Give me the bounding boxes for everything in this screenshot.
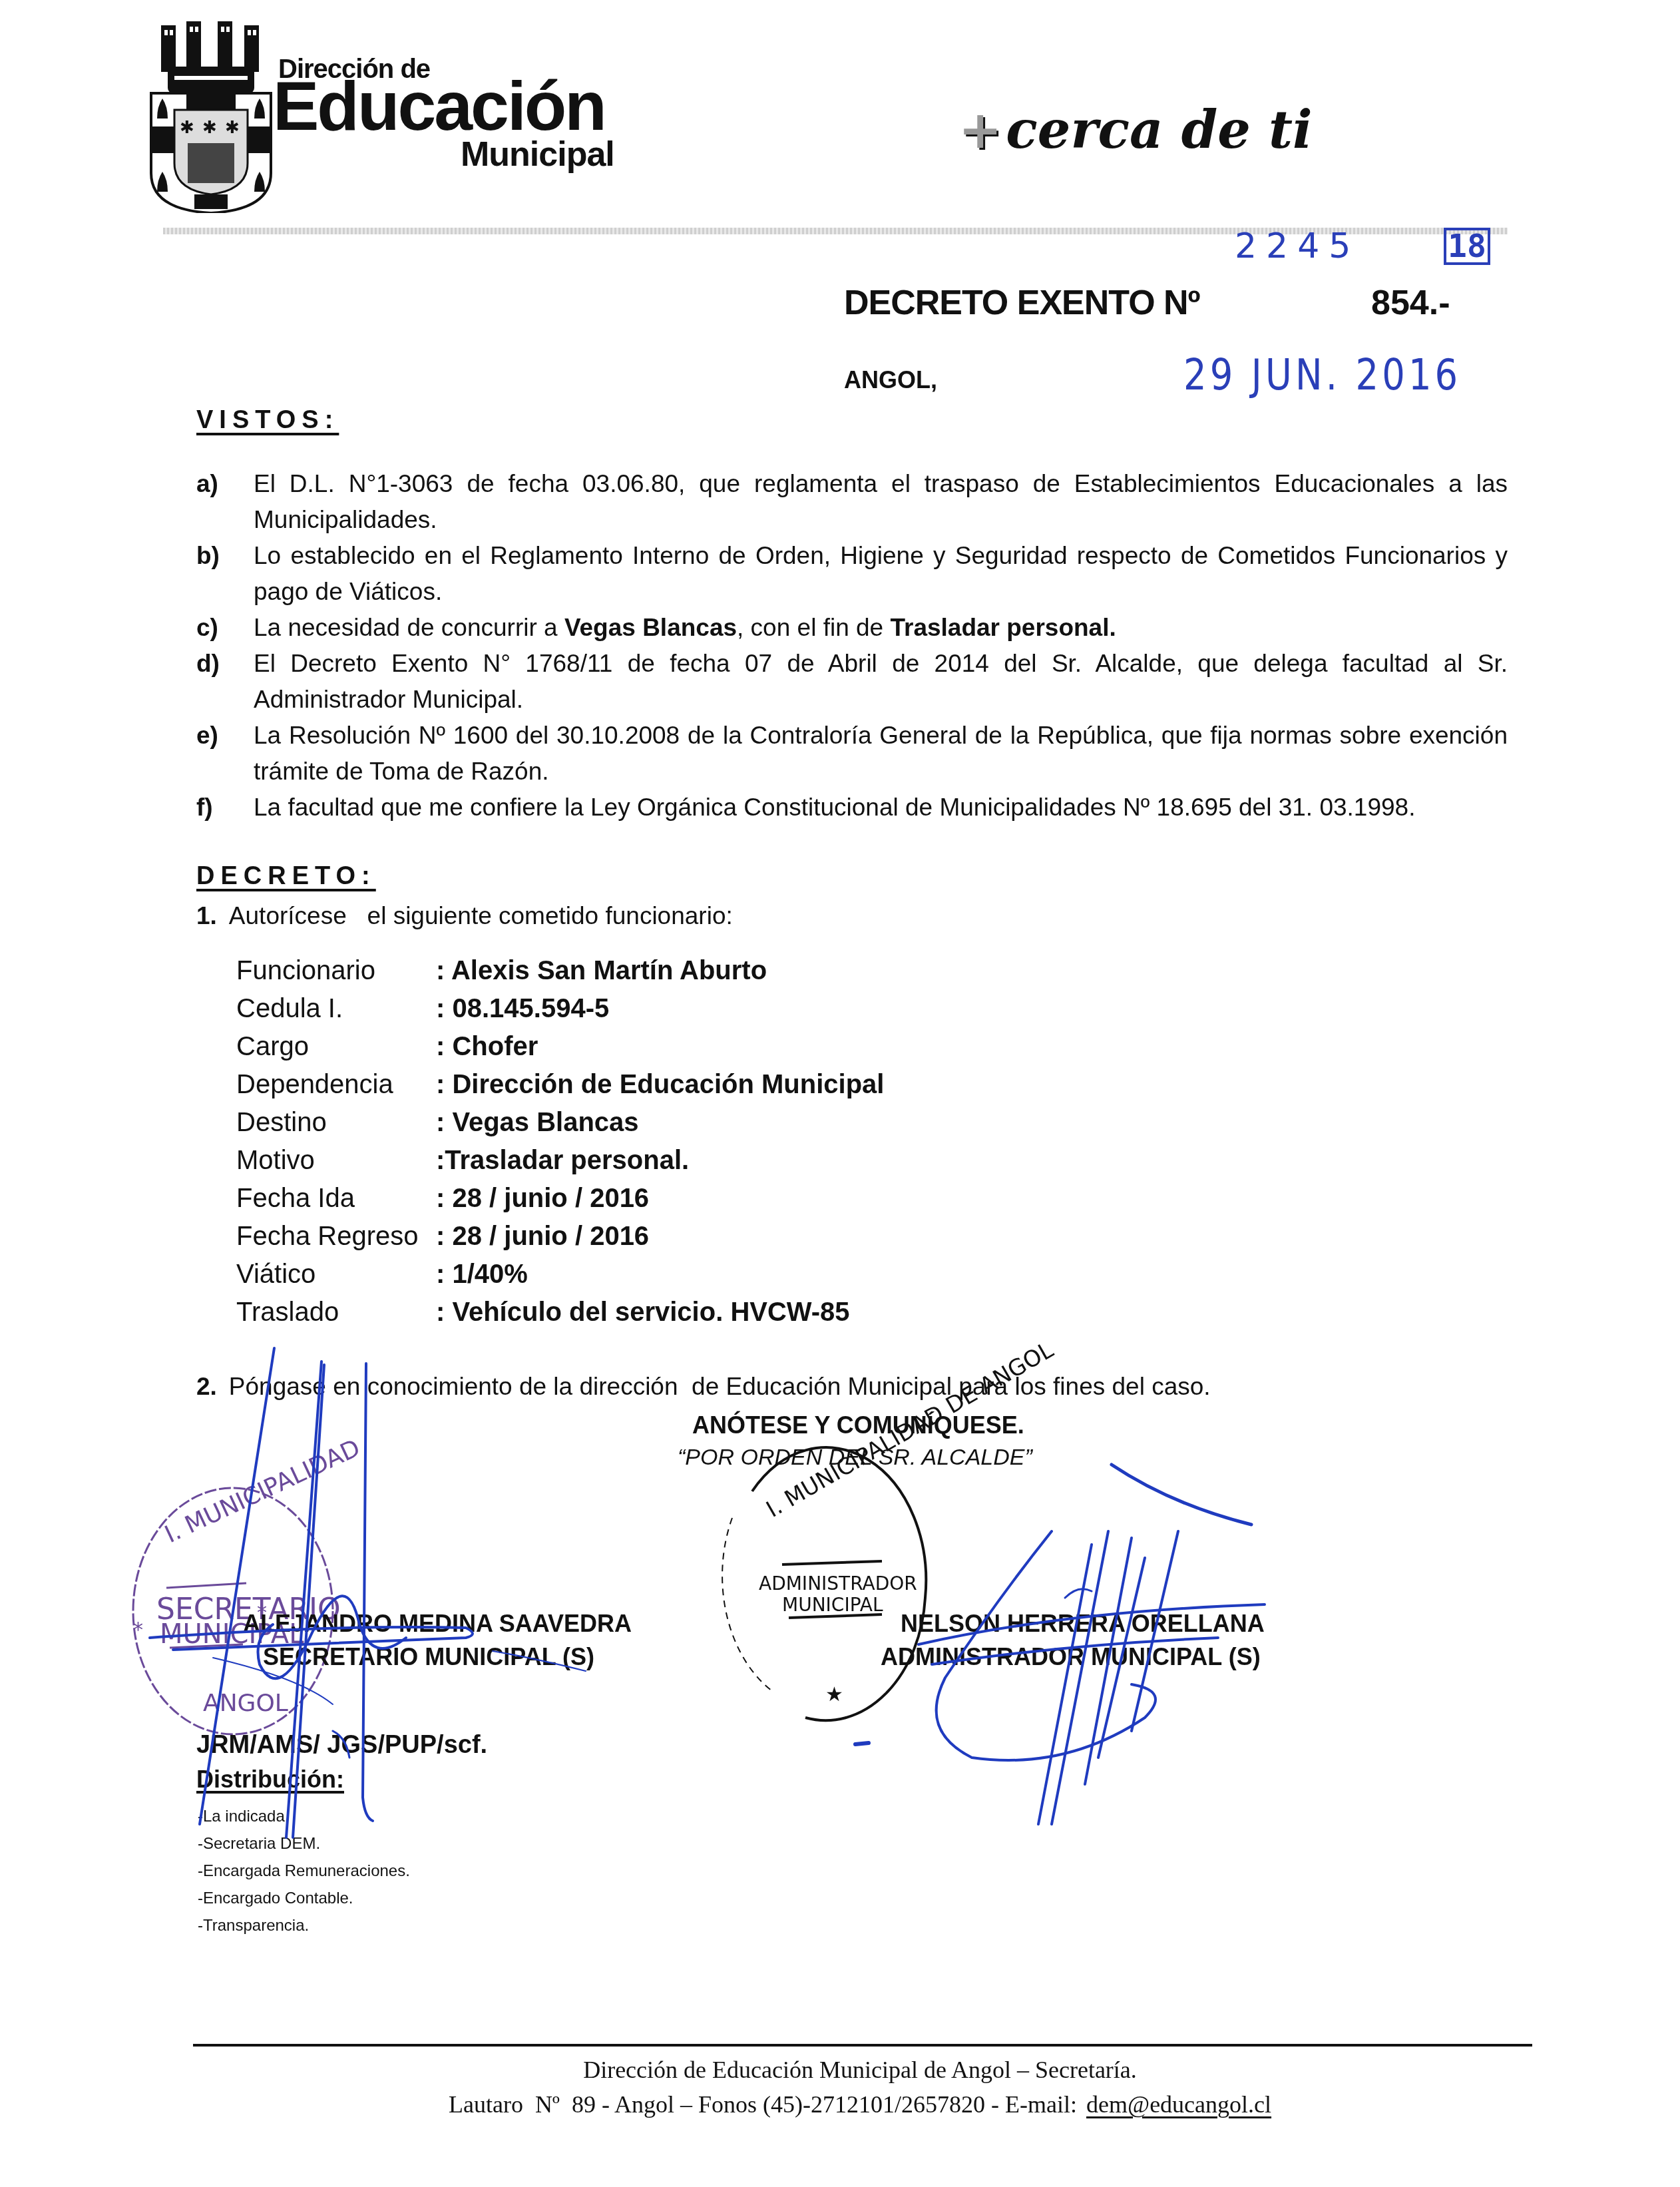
decree-point-1: 1.Autorícese el siguiente cometido funci… [196,902,733,930]
date-stamp: 29 JUN. 2016 [1183,351,1461,400]
svg-text:★: ★ [825,1683,843,1706]
list-item: b) Lo establecido en el Reglamento Inter… [196,538,1508,610]
vistos-heading: VISTOS: [196,406,339,435]
list-item: f) La facultad que me confiere la Ley Or… [196,790,1508,826]
list-item: -Secretaria DEM. [198,1830,410,1857]
detail-row: Motivo:Trasladar personal. [236,1142,884,1180]
closing-anotese: ANÓTESE Y COMUNÍQUESE. [692,1411,1024,1439]
footer-contact: Lautaro Nº 89 - Angol – Fonos (45)-27121… [0,2090,1680,2118]
vistos-list: a) El D.L. N°1-3063 de fecha 03.06.80, q… [196,466,1508,826]
svg-text:I. MUNICIPALIDAD: I. MUNICIPALIDAD [160,1434,364,1549]
list-item: d) El Decreto Exento N° 1768/11 de fecha… [196,646,1508,718]
footer-divider [193,2044,1532,2047]
received-stamp-code: 18 [1441,228,1490,265]
initials: JRM/AMS/ JGS/PUP/scf. [196,1731,487,1760]
svg-text:MUNICIPAL: MUNICIPAL [782,1594,883,1616]
right-signatory-name: NELSON HERRERA ORELLANA [901,1610,1265,1638]
slogan: +cerca de ti [958,100,1313,160]
svg-text:✱: ✱ [202,118,217,138]
slogan-text: cerca de ti [1006,100,1312,160]
list-item: -La indicada. [198,1803,410,1830]
distribution-list: -La indicada. -Secretaria DEM. -Encargad… [198,1803,410,1939]
detail-row: Traslado: Vehículo del servicio. HVCW-85 [236,1294,884,1332]
decree-point-2: 2.Póngase en conocimiento de la direcció… [196,1373,1211,1401]
closing-por-orden: “POR ORDEN DEL SR. ALCALDE” [678,1445,1032,1471]
svg-text:*: * [133,1618,143,1642]
left-signatory-role: SECRETARIO MUNICIPAL (S) [263,1643,594,1671]
detail-row: Cedula I.: 08.145.594-5 [236,990,884,1028]
decree-title: DECRETO EXENTO Nº [844,283,1200,323]
list-item: -Transparencia. [198,1912,410,1939]
received-stamp-number: 2245 [1235,226,1360,266]
list-item: c) La necesidad de concurrir a Vegas Bla… [196,610,1508,646]
logo-text-line2: Educación [273,72,605,141]
list-item: e) La Resolución Nº 1600 del 30.10.2008 … [196,718,1508,790]
detail-row: Cargo: Chofer [236,1028,884,1066]
left-signatory-name: ALEJANDRO MEDINA SAAVEDRA [243,1610,632,1638]
list-item: -Encargado Contable. [198,1885,410,1912]
administrator-seal-icon [722,1447,926,1720]
detail-row: Fecha Ida: 28 / junio / 2016 [236,1180,884,1218]
footer-organization: Dirección de Educación Municipal de Ango… [0,2056,1680,2084]
assignment-details: Funcionario: Alexis San Martín Aburto Ce… [236,952,884,1332]
list-item: a) El D.L. N°1-3063 de fecha 03.06.80, q… [196,466,1508,538]
svg-text:ANGOL: ANGOL [203,1690,288,1717]
svg-text:✱: ✱ [225,118,240,138]
decree-number: 854.- [1371,283,1450,323]
detail-row: Destino: Vegas Blancas [236,1104,884,1142]
plus-icon: + [958,100,1002,160]
logo-text-line3: Municipal [461,134,614,174]
decreto-heading: DECRETO: [196,862,376,891]
detail-row: Fecha Regreso: 28 / junio / 2016 [236,1218,884,1256]
list-item: -Encargada Remuneraciones. [198,1857,410,1885]
detail-row: Viático: 1/40% [236,1256,884,1294]
detail-row: Funcionario: Alexis San Martín Aburto [236,952,884,990]
left-signature-icon [150,1348,586,1837]
decree-city: ANGOL, [844,366,937,394]
municipal-coat-of-arms-icon: ✱✱✱ [148,20,274,213]
svg-text:✱: ✱ [180,118,194,138]
svg-text:ADMINISTRADOR: ADMINISTRADOR [759,1573,917,1594]
detail-row: Dependencia: Dirección de Educación Muni… [236,1066,884,1104]
distribution-heading: Distribución: [196,1766,344,1794]
footer-email-link[interactable]: dem@educangol.cl [1086,2091,1271,2118]
right-signatory-role: ADMINISTRADOR MUNICIPAL (S) [881,1643,1261,1671]
